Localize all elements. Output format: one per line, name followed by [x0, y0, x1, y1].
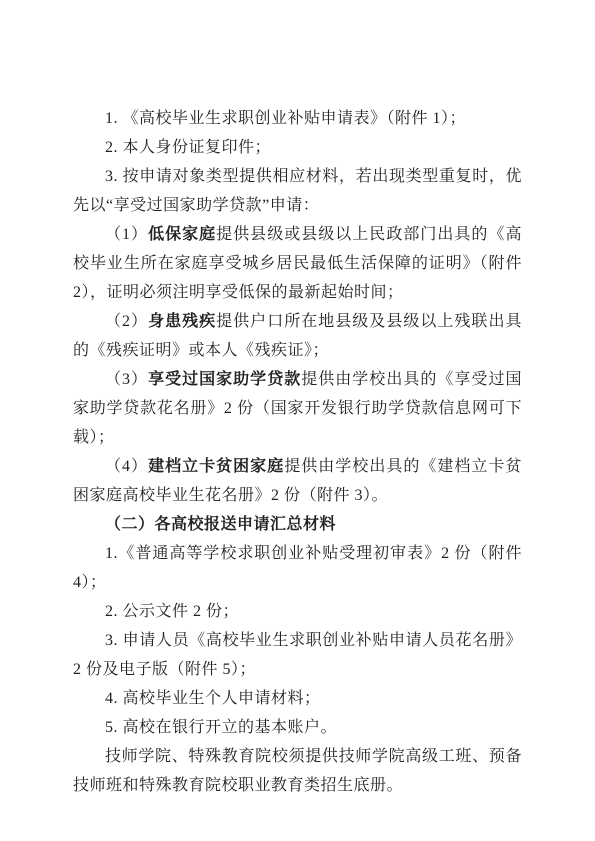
text-run: （1）: [105, 226, 148, 243]
school-item-3: 3. 申请人员《高校毕业生求职创业补贴申请人员花名册》2 份及电子版（附件 5）…: [73, 626, 522, 684]
category-item-2-disability: （2）身患残疾提供户口所在地县级及县级以上残联出具的《残疾证明》或本人《残疾证》…: [73, 307, 522, 365]
text-run: 技师学院、特殊教育院校须提供技师学院高级工班、预备技师班和特殊教育院校职业教育类…: [73, 748, 522, 794]
category-item-3-national-student-loan: （3）享受过国家助学贷款提供由学校出具的《享受过国家助学贷款花名册》2 份（国家…: [73, 365, 522, 452]
emphasized-text: 身患残疾: [148, 313, 216, 330]
text-run: 4. 高校毕业生个人申请材料；: [105, 690, 321, 707]
school-item-4: 4. 高校毕业生个人申请材料；: [73, 684, 522, 713]
text-run: （3）: [105, 371, 148, 388]
school-item-1: 1.《普通高等学校求职创业补贴受理初审表》2 份（附件 4）；: [73, 539, 522, 597]
school-item-5: 5. 高校在银行开立的基本账户。: [73, 713, 522, 742]
school-item-2: 2. 公示文件 2 份；: [73, 597, 522, 626]
text-run: 2. 公示文件 2 份；: [105, 603, 239, 620]
text-run: 2. 本人身份证复印件；: [105, 139, 271, 156]
section-2-heading: （二）各高校报送申请汇总材料: [73, 510, 522, 539]
note-technician-colleges: 技师学院、特殊教育院校须提供技师学院高级工班、预备技师班和特殊教育院校职业教育类…: [73, 742, 522, 800]
emphasized-text: （二）各高校报送申请汇总材料: [105, 516, 336, 533]
personal-item-3: 3. 按申请对象类型提供相应材料，若出现类型重复时，优先以“享受过国家助学贷款”…: [73, 162, 522, 220]
emphasized-text: 低保家庭: [148, 226, 216, 243]
text-run: 1.《普通高等学校求职创业补贴受理初审表》2 份（附件 4）；: [73, 545, 522, 591]
text-run: 1. 《高校毕业生求职创业补贴申请表》（附件 1）；: [105, 110, 466, 127]
personal-item-1: 1. 《高校毕业生求职创业补贴申请表》（附件 1）；: [73, 104, 522, 133]
text-run: 3. 按申请对象类型提供相应材料，若出现类型重复时，优先以“享受过国家助学贷款”…: [73, 168, 522, 214]
document-page: 1. 《高校毕业生求职创业补贴申请表》（附件 1）；2. 本人身份证复印件；3.…: [0, 0, 595, 841]
text-run: （2）: [105, 313, 148, 330]
emphasized-text: 建档立卡贫困家庭: [148, 458, 284, 475]
category-item-4-registered-poor-family: （4）建档立卡贫困家庭提供由学校出具的《建档立卡贫困家庭高校毕业生花名册》2 份…: [73, 452, 522, 510]
text-run: 5. 高校在银行开立的基本账户。: [105, 719, 337, 736]
personal-item-2: 2. 本人身份证复印件；: [73, 133, 522, 162]
text-run: （4）: [105, 458, 148, 475]
text-run: 3. 申请人员《高校毕业生求职创业补贴申请人员花名册》2 份及电子版（附件 5）…: [73, 632, 522, 678]
category-item-1-low-income-family: （1）低保家庭提供县级或县级以上民政部门出具的《高校毕业生所在家庭享受城乡居民最…: [73, 220, 522, 307]
document-body: 1. 《高校毕业生求职创业补贴申请表》（附件 1）；2. 本人身份证复印件；3.…: [73, 104, 522, 800]
emphasized-text: 享受过国家助学贷款: [148, 371, 301, 388]
